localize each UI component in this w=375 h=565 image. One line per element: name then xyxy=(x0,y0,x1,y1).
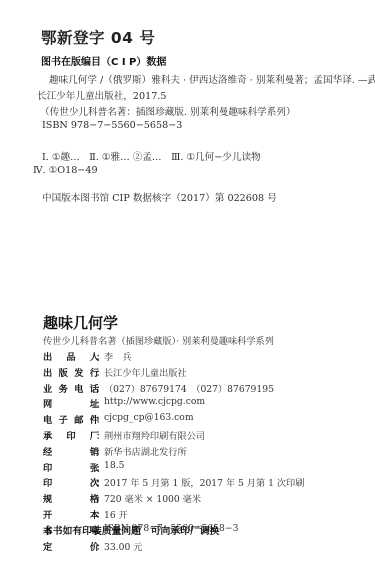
field-value: 16 开 xyxy=(104,507,128,521)
field-label-char: 品 xyxy=(66,349,75,363)
field-label-char: 定 xyxy=(43,539,52,553)
cip-line-series: （传世少儿科普名著：插图珍藏版. 别莱利曼趣味科学系列） xyxy=(40,104,296,118)
field-label-char: 版 xyxy=(59,365,68,379)
field-label-char: 业 xyxy=(43,381,52,395)
quality-notice: 本书如有印装质量问题 可向承印厂调换 xyxy=(43,523,219,537)
cip-number: 中国版本图书馆 CIP 数据核字（2017）第 022608 号 xyxy=(42,190,277,204)
colophon-field: 出版发行：长江少年儿童出版社 xyxy=(43,365,187,379)
field-separator: ： xyxy=(96,381,104,395)
field-value: 2017 年 5 月第 1 版，2017 年 5 月第 1 次印刷 xyxy=(104,475,304,489)
field-value: 18.5 xyxy=(104,460,124,474)
cip-classification-2: Ⅳ. ①O18−49 xyxy=(33,165,98,176)
field-value: 李 兵 xyxy=(104,349,132,363)
colophon-field: 出品人：李 兵 xyxy=(43,349,132,363)
cip-line-isbn: ISBN 978−7−5560−5658−3 xyxy=(42,120,182,131)
field-separator: ： xyxy=(96,365,104,379)
cip-line-title: 趣味几何学 /（俄罗斯）雅科夫 · 伊西达洛维奇 · 别莱利曼著；孟国华译. —… xyxy=(49,72,375,86)
field-separator: ： xyxy=(96,507,104,521)
field-label-char: 印 xyxy=(43,460,52,474)
series-name: 传世少儿科普名著（插图珍藏版）· 别莱利曼趣味科学系列 xyxy=(43,333,274,347)
cip-classification-1: Ⅰ. ①趣… Ⅱ. ①雅… ②孟… Ⅲ. ①几何−少儿读物 xyxy=(42,149,261,163)
field-label: 出版发行 xyxy=(43,365,99,379)
colophon-field: 印次：2017 年 5 月第 1 版，2017 年 5 月第 1 次印刷 xyxy=(43,475,304,489)
field-label-char: 网 xyxy=(43,396,52,410)
field-separator: ： xyxy=(96,444,104,458)
field-value: 33.00 元 xyxy=(104,539,142,553)
field-label: 定价 xyxy=(43,539,99,553)
field-value: 长江少年儿童出版社 xyxy=(104,365,187,379)
field-label: 业务电话 xyxy=(43,381,99,395)
field-label: 出品人 xyxy=(43,349,99,363)
colophon-field: 开本：16 开 xyxy=(43,507,128,521)
colophon-field: 网址：http://www.cjcpg.com xyxy=(43,396,205,410)
field-separator: ： xyxy=(96,412,104,426)
field-separator: ： xyxy=(96,460,104,474)
cip-heading: 图书在版编目（C I P）数据 xyxy=(41,53,166,68)
field-label-char: 出 xyxy=(43,349,52,363)
field-label-char: 承 xyxy=(43,428,52,442)
field-label-char: 经 xyxy=(43,444,52,458)
cip-line-publisher: 长江少年儿童出版社，2017.5 xyxy=(37,88,167,102)
field-label-char: 印 xyxy=(43,475,52,489)
field-separator: ： xyxy=(96,396,104,410)
colophon-field: 电子邮件：cjcpg_cp@163.com xyxy=(43,412,194,426)
field-label-char: 开 xyxy=(43,507,52,521)
field-label: 开本 xyxy=(43,507,99,521)
field-value: （027）87679174 （027）87679195 xyxy=(104,381,274,395)
field-separator: ： xyxy=(96,428,104,442)
field-separator: ： xyxy=(96,349,104,363)
field-label-char: 务 xyxy=(59,381,68,395)
field-separator: ： xyxy=(96,475,104,489)
field-label: 经销 xyxy=(43,444,99,458)
field-value: 荆州市翔羚印刷有限公司 xyxy=(104,428,205,442)
field-label-char: 子 xyxy=(59,412,68,426)
field-label-char: 电 xyxy=(74,381,83,395)
field-label: 电子邮件 xyxy=(43,412,99,426)
colophon-field: 业务电话：（027）87679174 （027）87679195 xyxy=(43,381,274,395)
book-title: 趣味几何学 xyxy=(43,312,118,333)
field-label: 印次 xyxy=(43,475,99,489)
field-label: 网址 xyxy=(43,396,99,410)
field-label-char: 电 xyxy=(43,412,52,426)
field-label-char: 发 xyxy=(74,365,83,379)
field-value: http://www.cjcpg.com xyxy=(104,396,205,410)
field-value: cjcpg_cp@163.com xyxy=(104,412,194,426)
colophon-field: 经销：新华书店湖北发行所 xyxy=(43,444,187,458)
colophon-field: 承印厂：荆州市翔羚印刷有限公司 xyxy=(43,428,205,442)
field-label-char: 规 xyxy=(43,491,52,505)
field-label-char: 印 xyxy=(66,428,75,442)
field-label: 规格 xyxy=(43,491,99,505)
field-value: 720 毫米 × 1000 毫米 xyxy=(104,491,201,505)
field-label-char: 出 xyxy=(43,365,52,379)
field-separator: ： xyxy=(96,539,104,553)
colophon-field: 印张：18.5 xyxy=(43,460,124,474)
field-label: 承印厂 xyxy=(43,428,99,442)
field-separator: ： xyxy=(96,491,104,505)
colophon-field: 定价：33.00 元 xyxy=(43,539,142,553)
field-label-char: 邮 xyxy=(74,412,83,426)
registration-number: 鄂新登字 04 号 xyxy=(41,26,155,48)
field-value: 新华书店湖北发行所 xyxy=(104,444,187,458)
field-label: 印张 xyxy=(43,460,99,474)
colophon-field: 规格：720 毫米 × 1000 毫米 xyxy=(43,491,201,505)
